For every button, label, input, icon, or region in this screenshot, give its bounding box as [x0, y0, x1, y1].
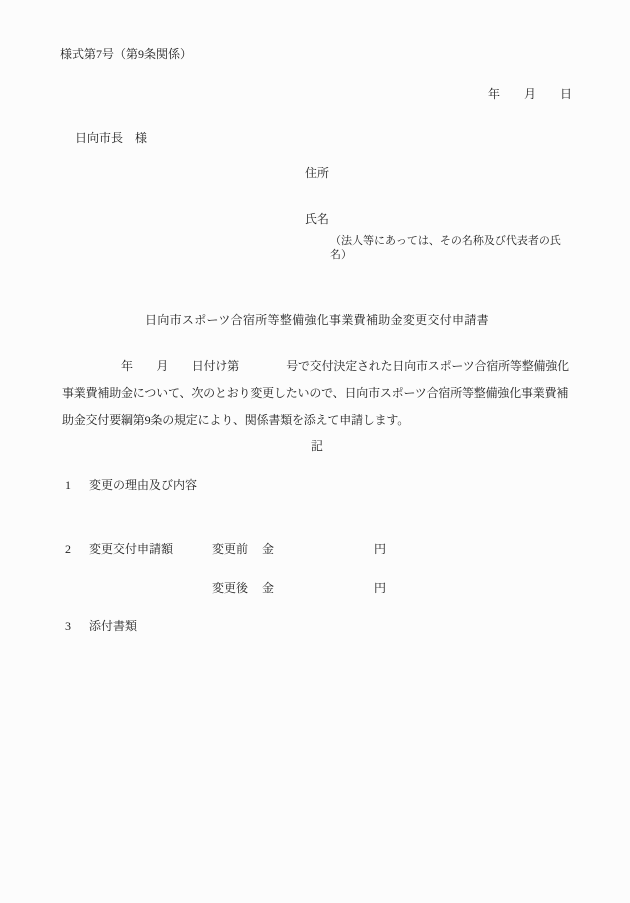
- amount-prefix: 金: [262, 580, 274, 596]
- amount-after-label: 変更後: [212, 580, 248, 596]
- item-change-reason: 1 変更の理由及び内容: [65, 477, 572, 493]
- date-line: 年 月 日: [62, 86, 572, 102]
- item-change-amount: 2 変更交付申請額 変更前 金 円: [65, 541, 572, 557]
- address-label: 住所: [305, 165, 572, 181]
- body-paragraph-line: 事業費補助金について、次のとおり変更したいので、日向市スポーツ合宿所等整備強化事…: [62, 380, 572, 407]
- amount-before-label: 変更前: [212, 541, 248, 557]
- item-label: 変更の理由及び内容: [89, 477, 197, 493]
- item-number: 3: [65, 618, 89, 634]
- addressee: 日向市長 様: [75, 130, 572, 146]
- applicant-block: 住所 氏名 （法人等にあっては、その名称及び代表者の氏名）: [62, 165, 572, 262]
- item-attachments: 3 添付書類: [65, 618, 572, 634]
- item-label: 変更交付申請額: [89, 541, 212, 557]
- amount-prefix: 金: [262, 541, 274, 557]
- form-number: 様式第7号（第9条関係）: [60, 46, 572, 62]
- item-number: 2: [65, 541, 89, 557]
- document-page: 様式第7号（第9条関係） 年 月 日 日向市長 様 住所 氏名 （法人等にあって…: [0, 0, 630, 903]
- body-paragraph-line: 助金交付要綱第9条の規定により、関係書類を添えて申請します。: [62, 407, 572, 434]
- body-paragraph-line: 年 月 日付け第 号で交付決定された日向市スポーツ合宿所等整備強化: [62, 353, 572, 380]
- amount-suffix: 円: [374, 580, 386, 596]
- document-title: 日向市スポーツ合宿所等整備強化事業費補助金変更交付申請書: [62, 312, 572, 328]
- record-heading: 記: [62, 438, 572, 454]
- item-label: 添付書類: [89, 618, 137, 634]
- item-change-amount-after: 変更後 金 円: [65, 580, 572, 596]
- name-label: 氏名: [305, 211, 572, 227]
- item-number: 1: [65, 477, 89, 493]
- body-paragraph: 年 月 日付け第 号で交付決定された日向市スポーツ合宿所等整備強化 事業費補助金…: [62, 353, 572, 434]
- amount-suffix: 円: [374, 541, 386, 557]
- name-note: （法人等にあっては、その名称及び代表者の氏名）: [330, 234, 572, 262]
